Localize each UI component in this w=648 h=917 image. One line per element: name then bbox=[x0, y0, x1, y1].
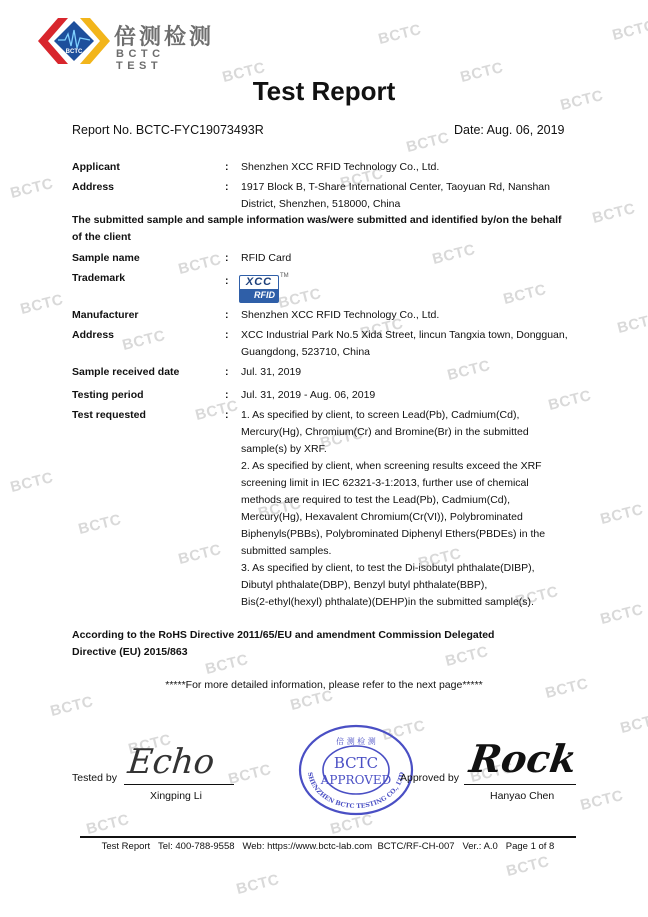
testing-period-value: Jul. 31, 2019 - Aug. 06, 2019 bbox=[241, 387, 591, 404]
footer-version: Ver.: A.0 bbox=[462, 841, 497, 852]
watermark: BCTC bbox=[377, 21, 423, 48]
manufacturer-address-line2: Guangdong, 523710, China bbox=[241, 344, 591, 361]
directive-line1: According to the RoHS Directive 2011/65/… bbox=[72, 627, 592, 644]
manufacturer-address-line1: XCC Industrial Park No.5 Xida Street, li… bbox=[241, 327, 591, 344]
testing-period-label: Testing period bbox=[72, 387, 144, 404]
xcc-rfid-trademark-logo: XCC RFID bbox=[239, 275, 279, 303]
manufacturer-label: Manufacturer bbox=[72, 307, 139, 324]
address-value-line2: District, Shenzhen, 518000, China bbox=[241, 196, 591, 213]
footer-web[interactable]: Web: https://www.bctc-lab.com bbox=[242, 841, 372, 852]
company-logo: BCTC 倍测检测 BCTC TEST bbox=[38, 18, 218, 66]
watermark: BCTC bbox=[19, 291, 65, 318]
svg-text:倍 测 检 测: 倍 测 检 测 bbox=[336, 736, 376, 746]
approved-by-name: Hanyao Chen bbox=[490, 790, 554, 802]
test-line: 2. As specified by client, when screenin… bbox=[241, 458, 591, 475]
svg-text:BCTC: BCTC bbox=[334, 754, 378, 772]
svg-text:APPROVED: APPROVED bbox=[320, 773, 392, 787]
page-title: Test Report bbox=[0, 76, 648, 107]
test-line: sample(s) by XRF. bbox=[241, 441, 591, 458]
applicant-label: Applicant bbox=[72, 159, 120, 176]
colon: : bbox=[225, 273, 229, 290]
footer-doc: Test Report bbox=[102, 841, 151, 852]
watermark: BCTC bbox=[121, 327, 167, 354]
watermark: BCTC bbox=[77, 511, 123, 538]
watermark: BCTC bbox=[177, 541, 223, 568]
footer-divider bbox=[80, 836, 576, 838]
watermark: BCTC bbox=[85, 811, 131, 838]
tested-by-signature: Echo bbox=[126, 742, 216, 782]
approved-by-line bbox=[464, 784, 576, 785]
watermark: BCTC bbox=[611, 17, 648, 44]
address-label: Address bbox=[72, 327, 114, 344]
test-line: Bis(2-ethyl(hexyl) phthalate)(DEHP)in th… bbox=[241, 594, 591, 611]
test-line: Biphenyls(PBBs), Polybrominated Diphenyl… bbox=[241, 526, 591, 543]
watermark: BCTC bbox=[591, 200, 637, 227]
colon: : bbox=[225, 179, 229, 196]
bctc-diamond-logo-icon: BCTC bbox=[38, 18, 110, 64]
colon: : bbox=[225, 307, 229, 324]
trademark-label: Trademark bbox=[72, 270, 125, 287]
sample-name-value: RFID Card bbox=[241, 250, 591, 267]
watermark: BCTC bbox=[194, 397, 240, 424]
colon: : bbox=[225, 250, 229, 267]
trademark-row: Trademark : XCC RFID TM bbox=[72, 270, 592, 304]
manufacturer-value: Shenzhen XCC RFID Technology Co., Ltd. bbox=[241, 307, 591, 324]
footer-page-number: Page 1 of 8 bbox=[506, 841, 555, 852]
stamp-icon: 倍 测 检 测 BCTC APPROVED SHENZHEN BCTC TEST… bbox=[298, 724, 414, 816]
page-footer: Test Report Tel: 400-788-9558 Web: https… bbox=[80, 841, 576, 852]
directive-line2: Directive (EU) 2015/863 bbox=[72, 644, 592, 661]
tested-by-name: Xingping Li bbox=[150, 790, 202, 802]
colon: : bbox=[225, 327, 229, 344]
report-date: Date: Aug. 06, 2019 bbox=[454, 123, 565, 137]
applicant-value: Shenzhen XCC RFID Technology Co., Ltd. bbox=[241, 159, 591, 176]
watermark: BCTC bbox=[49, 693, 95, 720]
watermark: BCTC bbox=[579, 787, 625, 814]
colon: : bbox=[225, 159, 229, 176]
logo-english-name: BCTC TEST bbox=[116, 48, 218, 72]
tested-by-label: Tested by bbox=[72, 772, 117, 784]
colon: : bbox=[225, 407, 229, 424]
footer-form: BCTC/RF-CH-007 bbox=[377, 841, 454, 852]
next-page-note: *****For more detailed information, plea… bbox=[0, 679, 648, 691]
tested-by-line bbox=[124, 784, 234, 785]
watermark: BCTC bbox=[9, 469, 55, 496]
received-date-value: Jul. 31, 2019 bbox=[241, 364, 591, 381]
trademark-symbol: TM bbox=[280, 268, 289, 285]
watermark: BCTC bbox=[619, 710, 648, 737]
logo-chinese-name: 倍测检测 bbox=[114, 20, 214, 51]
address-value-line1: 1917 Block B, T-Share International Cent… bbox=[241, 179, 591, 196]
test-line: Dibutyl phthalate(DBP), Benzyl butyl pht… bbox=[241, 577, 591, 594]
test-line: screening limit in IEC 62321-3-1:2013, f… bbox=[241, 475, 591, 492]
watermark: BCTC bbox=[616, 310, 648, 337]
test-line: 3. As specified by client, to test the D… bbox=[241, 560, 591, 577]
test-requested-label: Test requested bbox=[72, 407, 146, 424]
address-label: Address bbox=[72, 179, 114, 196]
report-number: Report No. BCTC-FYC19073493R bbox=[72, 123, 264, 137]
approved-by-label: Approved by bbox=[400, 772, 459, 784]
watermark: BCTC bbox=[235, 871, 281, 898]
received-date-label: Sample received date bbox=[72, 364, 179, 381]
watermark: BCTC bbox=[599, 601, 645, 628]
watermark: BCTC bbox=[9, 175, 55, 202]
watermark: BCTC bbox=[505, 853, 551, 880]
submitted-note-line2: of the client bbox=[72, 229, 592, 246]
colon: : bbox=[225, 387, 229, 404]
submitted-note-line1: The submitted sample and sample informat… bbox=[72, 212, 592, 229]
test-line: submitted samples. bbox=[241, 543, 591, 560]
approved-by-signature: Rock bbox=[467, 736, 580, 781]
watermark: BCTC bbox=[599, 501, 645, 528]
watermark: BCTC bbox=[405, 129, 451, 156]
test-requested-list: 1. As specified by client, to screen Lea… bbox=[241, 407, 591, 611]
test-line: 1. As specified by client, to screen Lea… bbox=[241, 407, 591, 424]
test-line: Mercury(Hg), Chromium(Cr) and Bromine(Br… bbox=[241, 424, 591, 441]
sample-name-label: Sample name bbox=[72, 250, 140, 267]
test-line: Mercury(Hg), Hexavalent Chromium(Cr(VI))… bbox=[241, 509, 591, 526]
svg-text:BCTC: BCTC bbox=[66, 49, 83, 55]
bctc-approved-stamp: 倍 测 检 测 BCTC APPROVED SHENZHEN BCTC TEST… bbox=[298, 724, 414, 816]
colon: : bbox=[225, 364, 229, 381]
test-line: methods are required to test the Lead(Pb… bbox=[241, 492, 591, 509]
watermark: BCTC bbox=[289, 687, 335, 714]
footer-tel: Tel: 400-788-9558 bbox=[158, 841, 235, 852]
